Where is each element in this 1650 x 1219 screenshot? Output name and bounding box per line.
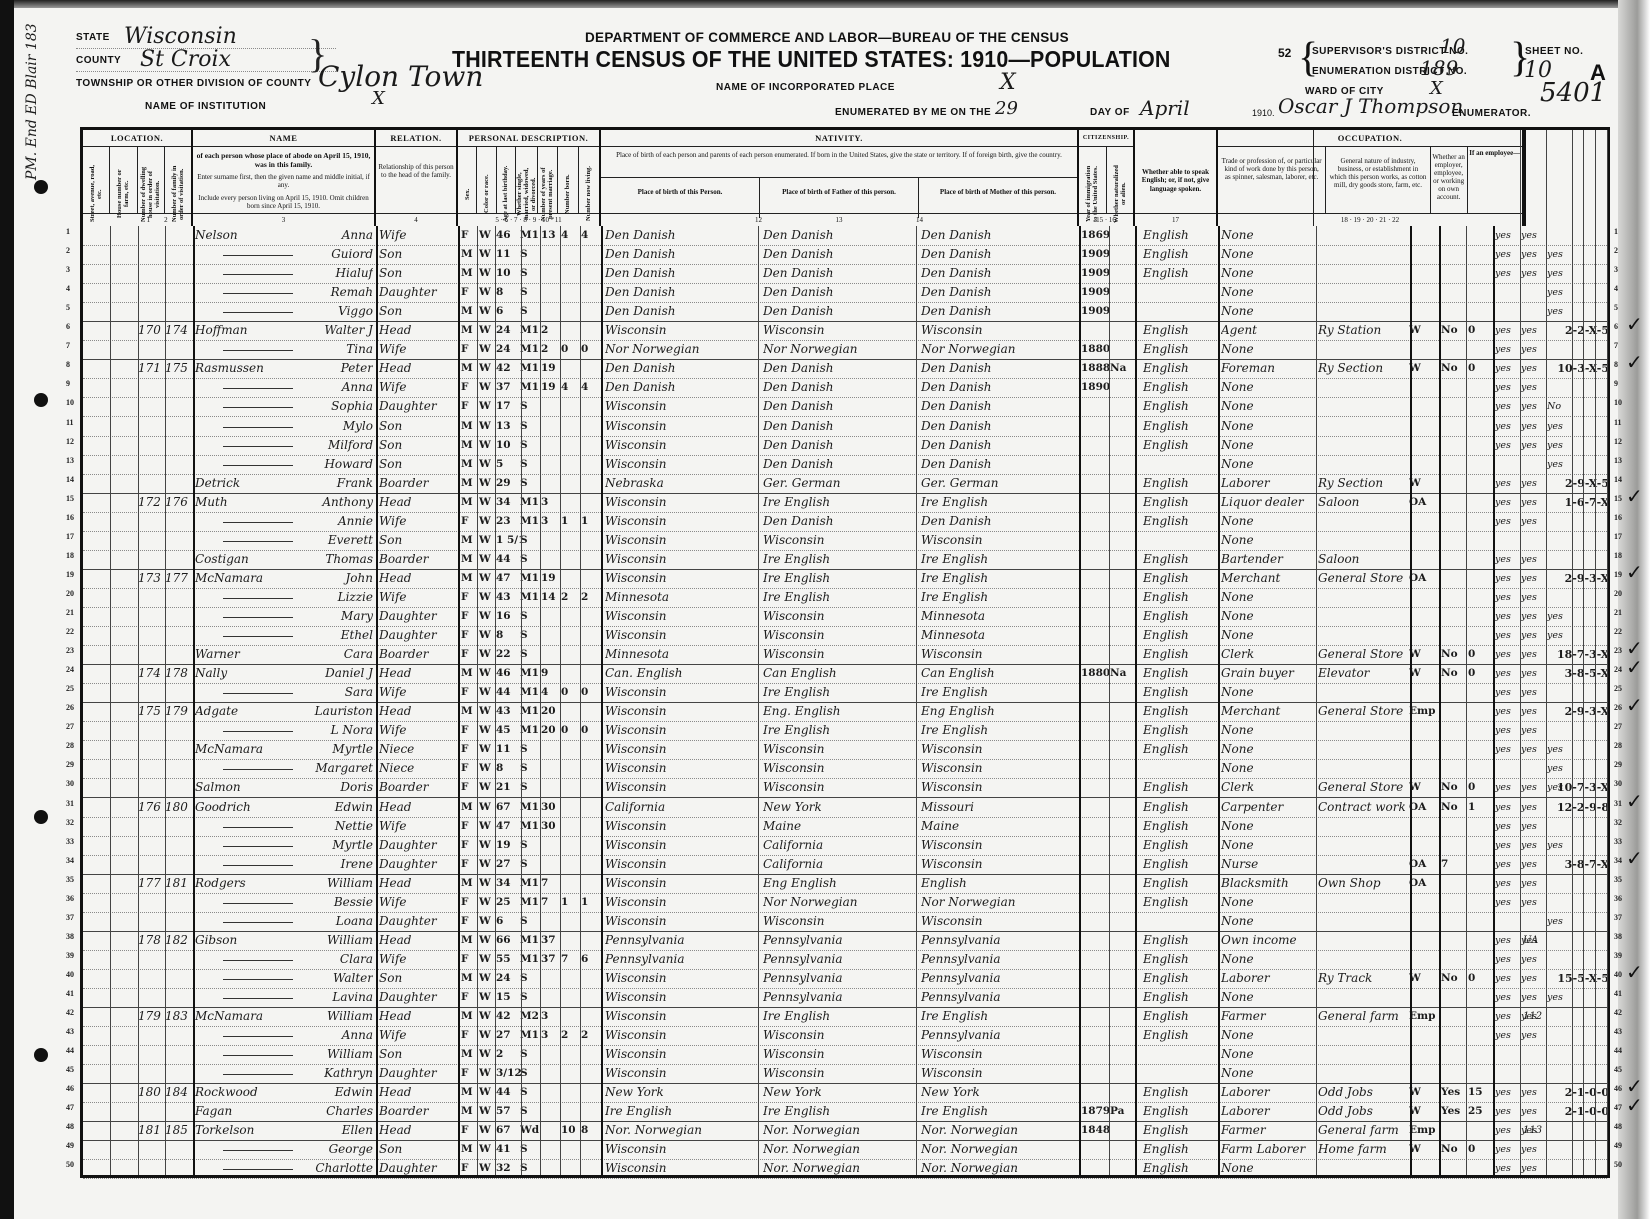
cell-eng: English xyxy=(1143,702,1217,721)
cell-oow xyxy=(1441,474,1465,493)
cell-mbp: Ire English xyxy=(921,588,1076,607)
ward-value: X xyxy=(1430,78,1443,99)
cell-age: 11 xyxy=(496,740,522,759)
line-number: 26 xyxy=(1614,703,1622,712)
cell-read: yes xyxy=(1495,569,1519,588)
cell-sex: M xyxy=(461,1083,477,1102)
cell-oow xyxy=(1441,626,1465,645)
line-number: 2 xyxy=(1614,246,1618,255)
naturalized-column: Whether naturalized or alien. xyxy=(1107,147,1134,213)
cell-ind xyxy=(1318,397,1410,416)
cell-fbp: Den Danish xyxy=(763,436,918,455)
cell-fbp: Den Danish xyxy=(763,226,918,245)
cell-relation: Head xyxy=(379,702,457,721)
cell-nat: Pa xyxy=(1110,1102,1134,1121)
cell-ind xyxy=(1318,1045,1410,1064)
cell-imm: 1909 xyxy=(1081,283,1109,302)
cell-trade: None xyxy=(1221,378,1317,397)
column-rule xyxy=(193,226,195,1175)
line-number: 45 xyxy=(66,1065,74,1074)
cell-dwelling xyxy=(138,1064,164,1083)
cell-dwelling xyxy=(138,759,164,778)
cell-age: 42 xyxy=(496,1007,522,1026)
cell-ind: Odd Jobs xyxy=(1318,1102,1410,1121)
cell-oow xyxy=(1441,836,1465,855)
column-rule xyxy=(1410,226,1412,1175)
cell-ind xyxy=(1318,417,1410,436)
cell-marital: M1 xyxy=(520,512,540,531)
cell-wks xyxy=(1468,874,1490,893)
scan-binding-edge xyxy=(0,0,14,1219)
cell-age: 44 xyxy=(496,550,522,569)
name-instruction: Include every person living on April 15,… xyxy=(193,194,374,215)
table-row: GuiordSonMW11SDen DanishDen DanishDen Da… xyxy=(83,245,1607,265)
cell-relation: Head xyxy=(379,798,457,817)
cell-yrs: 30 xyxy=(541,817,559,836)
cell-race: W xyxy=(479,1159,495,1178)
column-rule xyxy=(1079,226,1081,1175)
cell-given: William xyxy=(273,874,373,893)
cell-nat xyxy=(1110,588,1134,607)
cell-oow xyxy=(1441,531,1465,550)
cell-mbp: Maine xyxy=(921,817,1076,836)
cell-fbp: Pennsylvania xyxy=(763,988,918,1007)
cell-given: Mylo xyxy=(273,417,373,436)
cell-wks: 0 xyxy=(1468,321,1490,340)
cell-living xyxy=(581,798,599,817)
cell-born xyxy=(561,455,579,474)
cell-family xyxy=(165,1140,191,1159)
line-number: 26 xyxy=(66,703,74,712)
cell-living xyxy=(581,283,599,302)
line-number: 43 xyxy=(1614,1027,1622,1036)
cell-wks xyxy=(1468,493,1490,512)
cell-eng: English xyxy=(1143,340,1217,359)
cell-relation: Wife xyxy=(379,588,457,607)
cell-age: 24 xyxy=(496,340,522,359)
cell-imm xyxy=(1081,778,1109,797)
cell-born xyxy=(561,569,579,588)
cell-family xyxy=(165,855,191,874)
cell-sex: F xyxy=(461,1064,477,1083)
line-number: 2 xyxy=(66,246,70,255)
cell-nat xyxy=(1110,817,1134,836)
cell-dwelling xyxy=(138,397,164,416)
cell-sex: M xyxy=(461,702,477,721)
cell-race: W xyxy=(479,588,495,607)
review-checkmark-icon: ✓ xyxy=(1626,846,1643,871)
cell-age: 47 xyxy=(496,817,522,836)
line-number: 36 xyxy=(1614,894,1622,903)
cell-race: W xyxy=(479,1102,495,1121)
cell-fbp: Ire English xyxy=(763,493,918,512)
cell-relation: Son xyxy=(379,969,457,988)
cell-read: yes xyxy=(1495,645,1519,664)
table-row: 180184RockwoodEdwinHeadMW44SNew YorkNew … xyxy=(83,1083,1607,1103)
cell-eng: English xyxy=(1143,474,1217,493)
cell-emp: W xyxy=(1409,1102,1439,1121)
english-heading: Whether able to speak English; or, if no… xyxy=(1135,164,1216,197)
cell-fbp: Wisconsin xyxy=(763,645,918,664)
cell-mbp: Wisconsin xyxy=(921,740,1076,759)
cell-family: 185 xyxy=(165,1121,191,1140)
cell-marital: S xyxy=(520,397,540,416)
cell-yrs xyxy=(541,436,559,455)
cell-wks xyxy=(1468,397,1490,416)
cell-living xyxy=(581,359,599,378)
cell-born: 0 xyxy=(561,683,579,702)
cell-trade: Farm Laborer xyxy=(1221,1140,1317,1159)
cell-relation: Son xyxy=(379,531,457,550)
cell-trade: None xyxy=(1221,1159,1317,1178)
cell-wks xyxy=(1468,550,1490,569)
cell-oow xyxy=(1441,588,1465,607)
cell-yrs xyxy=(541,474,559,493)
cell-race: W xyxy=(479,912,495,931)
cell-bp: Den Danish xyxy=(605,283,760,302)
cell-yrs: 9 xyxy=(541,664,559,683)
cell-dwelling: 179 xyxy=(138,1007,164,1026)
cell-dwelling: 174 xyxy=(138,664,164,683)
cell-nat xyxy=(1110,245,1134,264)
cell-read: yes xyxy=(1495,378,1519,397)
cell-race: W xyxy=(479,283,495,302)
column-rule xyxy=(560,226,561,1175)
cell-nat xyxy=(1110,321,1134,340)
cell-sex: M xyxy=(461,245,477,264)
line-number: 22 xyxy=(66,627,74,636)
cell-sex: M xyxy=(461,1102,477,1121)
column-rule xyxy=(1583,130,1584,1175)
table-row: RemahDaughterFW8SDen DanishDen DanishDen… xyxy=(83,283,1607,303)
cell-given: Walter J xyxy=(273,321,373,340)
cell-emp xyxy=(1409,626,1439,645)
cell-sex: M xyxy=(461,417,477,436)
state-value: Wisconsin xyxy=(124,24,237,49)
cell-oow xyxy=(1441,378,1465,397)
cell-dwelling xyxy=(138,264,164,283)
cell-fbp: New York xyxy=(763,798,918,817)
cell-given: Everett xyxy=(273,531,373,550)
cell-yrs xyxy=(541,607,559,626)
cell-sex: M xyxy=(461,302,477,321)
table-row: ClaraWifeFW55M13776PennsylvaniaPennsylva… xyxy=(83,950,1607,970)
cell-mbp: Den Danish xyxy=(921,264,1076,283)
cell-imm xyxy=(1081,855,1109,874)
line-number: 47 xyxy=(1614,1103,1622,1112)
cell-mbp: Wisconsin xyxy=(921,645,1076,664)
cell-sex: F xyxy=(461,683,477,702)
cell-eng: English xyxy=(1143,778,1217,797)
cell-born xyxy=(561,302,579,321)
cell-yrs: 7 xyxy=(541,893,559,912)
cell-born xyxy=(561,493,579,512)
cell-ind xyxy=(1318,226,1410,245)
column-rule xyxy=(580,226,581,1175)
cell-mbp: Ire English xyxy=(921,1007,1076,1026)
cell-marital: M1 xyxy=(520,378,540,397)
cell-oow xyxy=(1441,283,1465,302)
line-number: 18 xyxy=(66,551,74,560)
cell-emp: OA xyxy=(1409,798,1439,817)
cell-yrs: 2 xyxy=(541,321,559,340)
cell-nat xyxy=(1110,455,1134,474)
cell-imm xyxy=(1081,721,1109,740)
cell-given: Milford xyxy=(273,436,373,455)
cell-race: W xyxy=(479,626,495,645)
line-number: 23 xyxy=(1614,646,1622,655)
cell-trade: None xyxy=(1221,512,1317,531)
table-row: CharlotteDaughterFW32SWisconsinNor. Norw… xyxy=(83,1159,1607,1179)
cell-marital: S xyxy=(520,759,540,778)
cell-ind xyxy=(1318,740,1410,759)
cell-given: Edwin xyxy=(273,798,373,817)
cell-imm: 1909 xyxy=(1081,302,1109,321)
cell-oow xyxy=(1441,893,1465,912)
cell-emp: OA xyxy=(1409,569,1439,588)
cell-family: 180 xyxy=(165,798,191,817)
cell-race: W xyxy=(479,702,495,721)
cell-mbp: Ire English xyxy=(921,569,1076,588)
cell-emp xyxy=(1409,683,1439,702)
cell-emp xyxy=(1409,893,1439,912)
cell-living xyxy=(581,321,599,340)
cell-living xyxy=(581,759,599,778)
cell-wks xyxy=(1468,264,1490,283)
cell-imm xyxy=(1081,455,1109,474)
cell-ind: Saloon xyxy=(1318,493,1410,512)
house-number-column: House number or farm, etc. xyxy=(110,147,137,213)
cell-fbp: Nor Norwegian xyxy=(763,893,918,912)
cell-eng: English xyxy=(1143,1007,1217,1026)
cell-bp: Pennsylvania xyxy=(605,950,760,969)
cell-sex: F xyxy=(461,721,477,740)
form-number: 52 xyxy=(1278,46,1291,60)
cell-fbp: Eng English xyxy=(763,874,918,893)
cell-sex: F xyxy=(461,588,477,607)
cell-nat xyxy=(1110,531,1134,550)
line-number: 29 xyxy=(66,760,74,769)
cell-marital: S xyxy=(520,607,540,626)
cell-ind xyxy=(1318,1064,1410,1083)
cell-sex: M xyxy=(461,264,477,283)
spacer xyxy=(1313,130,1314,226)
cell-yrs: 3 xyxy=(541,1026,559,1045)
cell-eng: English xyxy=(1143,836,1217,855)
cell-race: W xyxy=(479,817,495,836)
cell-emp xyxy=(1409,264,1439,283)
cell-trade: None xyxy=(1221,1064,1317,1083)
cell-relation: Daughter xyxy=(379,607,457,626)
cell-dwelling xyxy=(138,1026,164,1045)
cell-ind xyxy=(1318,588,1410,607)
cell-ind xyxy=(1318,683,1410,702)
cell-sex: M xyxy=(461,321,477,340)
street-column: Street, avenue, road, etc. xyxy=(83,147,110,213)
cell-mbp: Pennsylvania xyxy=(921,1026,1076,1045)
cell-living: 1 xyxy=(581,893,599,912)
cell-wks: 15 xyxy=(1468,1083,1490,1102)
cell-born xyxy=(561,1159,579,1178)
cell-oow xyxy=(1441,569,1465,588)
cell-imm xyxy=(1081,493,1109,512)
cell-yrs xyxy=(541,778,559,797)
cell-wks xyxy=(1468,1064,1490,1083)
cell-fbp: Den Danish xyxy=(763,302,918,321)
table-row: SophiaDaughterFW17SWisconsinDen DanishDe… xyxy=(83,397,1607,417)
marital-column: Whether single, married, widowed, or div… xyxy=(516,147,538,213)
cell-born xyxy=(561,1083,579,1102)
cell-yrs: 14 xyxy=(541,588,559,607)
cell-dwelling xyxy=(138,893,164,912)
cell-emp xyxy=(1409,531,1439,550)
cell-yrs xyxy=(541,626,559,645)
line-number: 36 xyxy=(66,894,74,903)
cell-dwelling xyxy=(138,531,164,550)
table-row: 174178NallyDaniel JHeadMW46M19Can. Engli… xyxy=(83,664,1607,684)
line-number: 16 xyxy=(1614,513,1622,522)
cell-eng: English xyxy=(1143,1083,1217,1102)
cell-living xyxy=(581,264,599,283)
cell-race: W xyxy=(479,893,495,912)
cell-wks xyxy=(1468,302,1490,321)
cell-living xyxy=(581,1083,599,1102)
cell-sex: M xyxy=(461,874,477,893)
cell-age: 11 xyxy=(496,245,522,264)
cell-marital: S xyxy=(520,778,540,797)
punch-hole xyxy=(34,1048,48,1062)
cell-yrs xyxy=(541,1121,559,1140)
cell-race: W xyxy=(479,836,495,855)
cell-given: Ethel xyxy=(273,626,373,645)
cell-eng: English xyxy=(1143,874,1217,893)
cell-living xyxy=(581,740,599,759)
column-rule xyxy=(110,226,111,1175)
cell-dwelling xyxy=(138,645,164,664)
cell-bp: Wisconsin xyxy=(605,607,760,626)
cell-sex: M xyxy=(461,474,477,493)
cell-family xyxy=(165,550,191,569)
cell-ind xyxy=(1318,759,1410,778)
cell-race: W xyxy=(479,512,495,531)
cell-marital: S xyxy=(520,455,540,474)
cell-fbp: Wisconsin xyxy=(763,778,918,797)
cell-yrs xyxy=(541,1102,559,1121)
cell-dwelling xyxy=(138,969,164,988)
cell-eng: English xyxy=(1143,683,1217,702)
cell-trade: None xyxy=(1221,397,1317,416)
cell-ind xyxy=(1318,512,1410,531)
column-rule xyxy=(458,226,460,1175)
cell-ind xyxy=(1318,855,1410,874)
cell-race: W xyxy=(479,1140,495,1159)
line-number: 34 xyxy=(1614,856,1622,865)
cell-family xyxy=(165,626,191,645)
cell-trade: None xyxy=(1221,264,1317,283)
column-numbers: 15 · 16 xyxy=(1079,213,1133,226)
page-stamp: 5401 xyxy=(1540,78,1606,108)
column-number: 17 xyxy=(1135,213,1216,226)
cell-marital: M1 xyxy=(520,321,540,340)
cell-trade: Laborer xyxy=(1221,474,1317,493)
cell-mbp: Wisconsin xyxy=(921,1064,1076,1083)
cell-relation: Boarder xyxy=(379,474,457,493)
cell-marital: M1 xyxy=(520,340,540,359)
cell-marital: S xyxy=(520,245,540,264)
cell-sex: F xyxy=(461,378,477,397)
line-number: 30 xyxy=(66,779,74,788)
cell-oow: No xyxy=(1441,798,1465,817)
cell-emp xyxy=(1409,512,1439,531)
cell-eng: English xyxy=(1143,988,1217,1007)
cell-given: Walter xyxy=(273,969,373,988)
cell-trade: None xyxy=(1221,893,1317,912)
cell-age: 55 xyxy=(496,950,522,969)
enumerated-month: April xyxy=(1140,96,1190,120)
cell-imm xyxy=(1081,988,1109,1007)
cell-mbp: Ire English xyxy=(921,493,1076,512)
cell-nat xyxy=(1110,436,1134,455)
cell-oow: No xyxy=(1441,1140,1465,1159)
cell-born xyxy=(561,759,579,778)
cell-wks xyxy=(1468,1026,1490,1045)
cell-emp: W xyxy=(1409,664,1439,683)
line-number: 40 xyxy=(66,970,74,979)
table-row: MyloSonMW13SWisconsinDen DanishDen Danis… xyxy=(83,417,1607,437)
cell-living xyxy=(581,436,599,455)
cell-read xyxy=(1495,531,1519,550)
line-number: 35 xyxy=(1614,875,1622,884)
line-number: 21 xyxy=(66,608,74,617)
cell-age: 43 xyxy=(496,588,522,607)
line-number: 47 xyxy=(66,1103,74,1112)
cell-sex: M xyxy=(461,455,477,474)
cell-nat xyxy=(1110,950,1134,969)
cell-given: Lizzie xyxy=(273,588,373,607)
table-row: WarnerCaraBoarderFW22SMinnesotaWisconsin… xyxy=(83,645,1607,665)
cell-trade: None xyxy=(1221,912,1317,931)
cell-trade: Clerk xyxy=(1221,645,1317,664)
cell-living xyxy=(581,626,599,645)
cell-race: W xyxy=(479,1121,495,1140)
cell-read: yes xyxy=(1495,988,1519,1007)
cell-read: yes xyxy=(1495,321,1519,340)
cell-marital: S xyxy=(520,1102,540,1121)
line-number: 20 xyxy=(66,589,74,598)
cell-born xyxy=(561,988,579,1007)
cell-trade: None xyxy=(1221,531,1317,550)
cell-born xyxy=(561,359,579,378)
line-number: 50 xyxy=(66,1160,74,1169)
cell-oow xyxy=(1441,455,1465,474)
cell-fbp: Wisconsin xyxy=(763,531,918,550)
cell-mbp: Den Danish xyxy=(921,378,1076,397)
table-row: AnnieWifeFW23M1311WisconsinDen DanishDen… xyxy=(83,512,1607,532)
table-row: 171175RasmussenPeterHeadMW42M119Den Dani… xyxy=(83,359,1607,379)
cell-given: Lauriston xyxy=(273,702,373,721)
cell-imm xyxy=(1081,626,1109,645)
cell-born xyxy=(561,607,579,626)
line-number: 30 xyxy=(1614,779,1622,788)
cell-oow xyxy=(1441,1159,1465,1178)
line-number: 38 xyxy=(1614,932,1622,941)
cell-marital: M1 xyxy=(520,359,540,378)
cell-eng: English xyxy=(1143,1121,1217,1140)
cell-fbp: Ire English xyxy=(763,569,918,588)
line-number: 9 xyxy=(66,379,70,388)
cell-given: Anthony xyxy=(273,493,373,512)
cell-given: L Nora xyxy=(273,721,373,740)
